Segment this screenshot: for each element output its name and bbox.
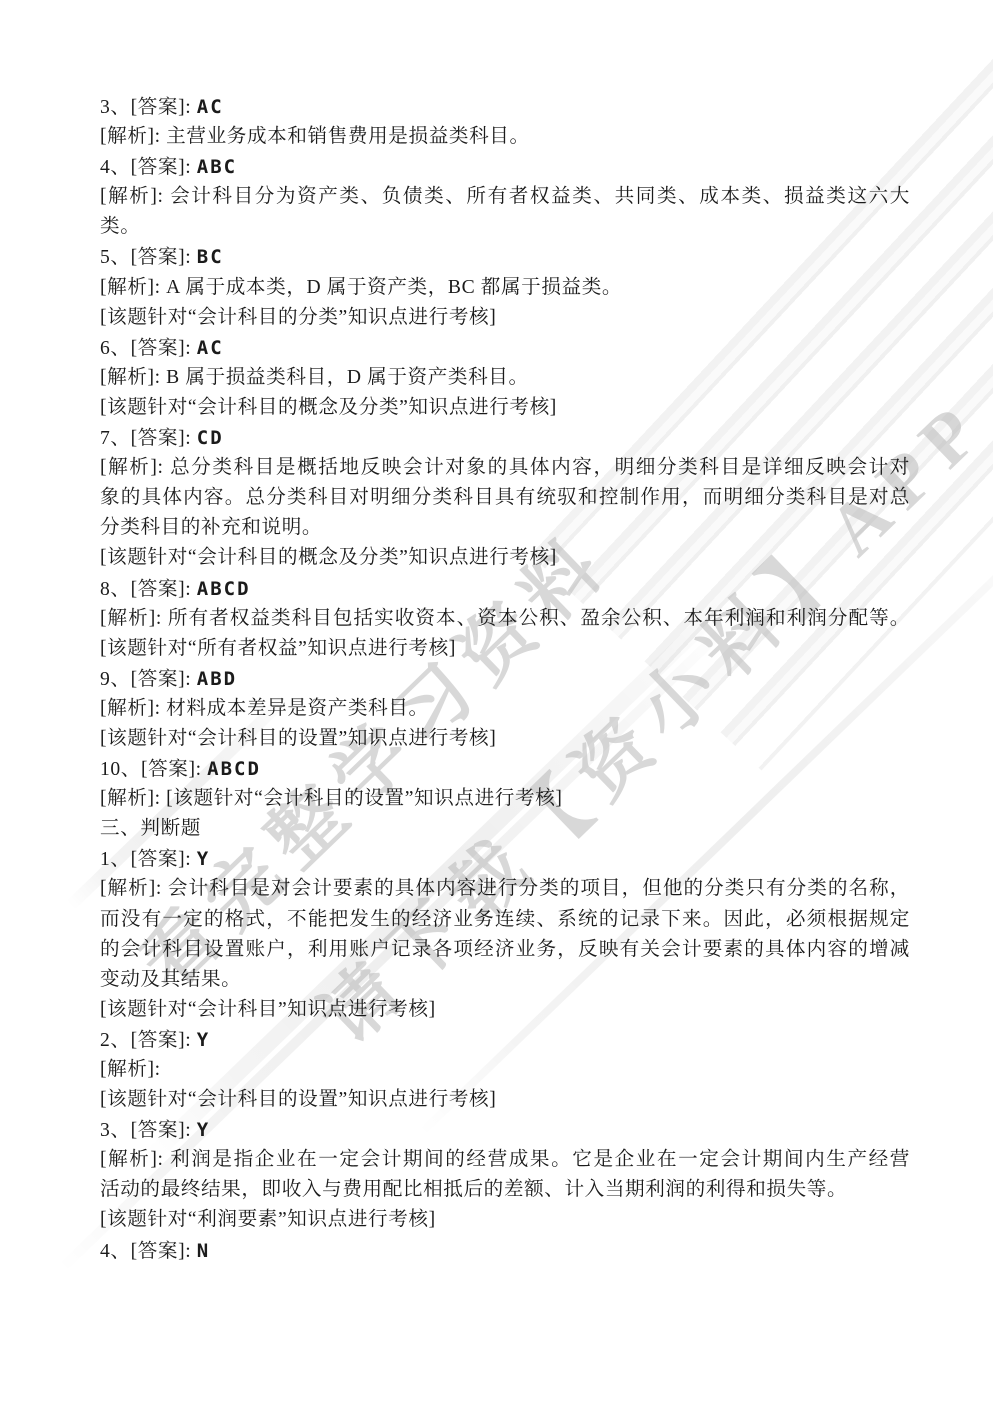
- text-line: 3、[答案]: AC: [100, 92, 910, 122]
- text-line: 9、[答案]: ABD: [100, 664, 910, 694]
- text-line: 4、[答案]: ABC: [100, 152, 910, 182]
- text-line: 三、判断题: [100, 814, 910, 844]
- document-content: 3、[答案]: AC[解析]: 主营业务成本和销售费用是损益类科目。4、[答案]…: [100, 92, 910, 1266]
- answer-letters: ABC: [197, 156, 237, 178]
- text-line: [该题针对“所有者权益”知识点进行考核]: [100, 634, 910, 664]
- text-line: [该题针对“会计科目的分类”知识点进行考核]: [100, 303, 910, 333]
- answer-letters: N: [197, 1240, 210, 1262]
- text-line: 1、[答案]: Y: [100, 844, 910, 874]
- text-line: 7、[答案]: CD: [100, 423, 910, 453]
- text-line: 活动的最终结果，即收入与费用配比相抵后的差额、计入当期利润的利得和损失等。: [100, 1175, 910, 1205]
- text-line: [解析]: [该题针对“会计科目的设置”知识点进行考核]: [100, 784, 910, 814]
- text-line: 分类科目的补充和说明。: [100, 513, 910, 543]
- text-line: 5、[答案]: BC: [100, 242, 910, 272]
- answer-letters: Y: [197, 1119, 210, 1141]
- text-line: [解析]: B 属于损益类科目，D 属于资产类科目。: [100, 363, 910, 393]
- text-line: 的会计科目设置账户，利用账户记录各项经济业务，反映有关会计要素的具体内容的增减: [100, 935, 910, 965]
- text-line: [解析]: 材料成本差异是资产类科目。: [100, 694, 910, 724]
- answer-letters: CD: [197, 427, 224, 449]
- text-line: 2、[答案]: Y: [100, 1025, 910, 1055]
- text-line: 4、[答案]: N: [100, 1236, 910, 1266]
- text-line: [该题针对“会计科目的设置”知识点进行考核]: [100, 724, 910, 754]
- answer-letters: Y: [197, 1029, 210, 1051]
- text-line: 而没有一定的格式，不能把发生的经济业务连续、系统的记录下来。因此，必须根据规定: [100, 905, 910, 935]
- answer-letters: AC: [197, 337, 224, 359]
- text-line: [解析]: 会计科目分为资产类、负债类、所有者权益类、共同类、成本类、损益类这六…: [100, 182, 910, 212]
- text-line: 3、[答案]: Y: [100, 1115, 910, 1145]
- text-line: [该题针对“利润要素”知识点进行考核]: [100, 1205, 910, 1235]
- text-line: [解析]: 总分类科目是概括地反映会计对象的具体内容，明细分类科目是详细反映会计…: [100, 453, 910, 483]
- text-line: [解析]: 会计科目是对会计要素的具体内容进行分类的项目，但他的分类只有分类的名…: [100, 874, 910, 904]
- answer-letters: Y: [197, 848, 210, 870]
- answer-letters: BC: [197, 246, 224, 268]
- text-line: 象的具体内容。总分类科目对明细分类科目具有统驭和控制作用，而明细分类科目是对总: [100, 483, 910, 513]
- document-page: 看完整学习资料 请下载【资小料】APP 3、[答案]: AC[解析]: 主营业务…: [0, 0, 993, 1404]
- text-line: [该题针对“会计科目的概念及分类”知识点进行考核]: [100, 393, 910, 423]
- text-line: 变动及其结果。: [100, 965, 910, 995]
- text-line: [解析]: 主营业务成本和销售费用是损益类科目。: [100, 122, 910, 152]
- text-line: [解析]:: [100, 1055, 910, 1085]
- text-line: [解析]: 利润是指企业在一定会计期间的经营成果。它是企业在一定会计期间内生产经…: [100, 1145, 910, 1175]
- text-line: [解析]: A 属于成本类，D 属于资产类，BC 都属于损益类。: [100, 273, 910, 303]
- answer-letters: ABCD: [197, 578, 251, 600]
- text-line: 8、[答案]: ABCD: [100, 574, 910, 604]
- answer-letters: ABCD: [207, 758, 261, 780]
- text-line: 10、[答案]: ABCD: [100, 754, 910, 784]
- text-line: [该题针对“会计科目”知识点进行考核]: [100, 995, 910, 1025]
- text-line: [该题针对“会计科目的设置”知识点进行考核]: [100, 1085, 910, 1115]
- answer-letters: AC: [197, 96, 224, 118]
- text-line: 类。: [100, 212, 910, 242]
- answer-letters: ABD: [197, 668, 237, 690]
- text-line: 6、[答案]: AC: [100, 333, 910, 363]
- text-line: [该题针对“会计科目的概念及分类”知识点进行考核]: [100, 543, 910, 573]
- text-line: [解析]: 所有者权益类科目包括实收资本、资本公积、盈余公积、本年利润和利润分配…: [100, 604, 910, 634]
